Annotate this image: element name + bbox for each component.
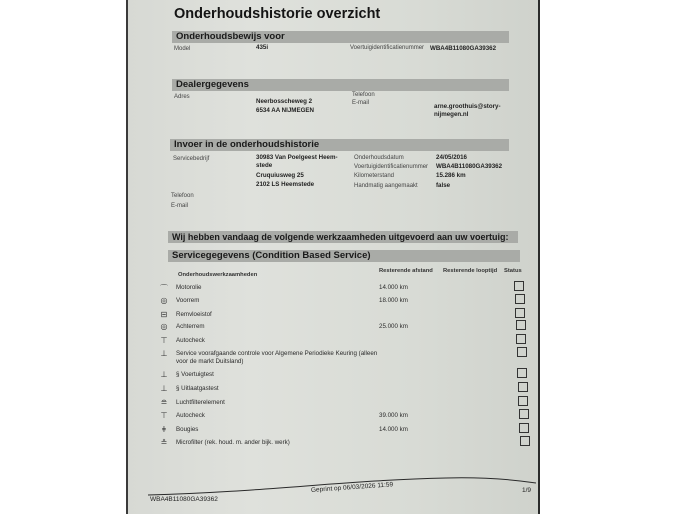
status-checkbox[interactable] [520,436,530,446]
section-heading-work: Wij hebben vandaag de volgende werkzaamh… [168,231,518,243]
vehicle-check-icon: ⊤ [158,411,170,420]
task-name: § Uitlaatgastest [176,385,416,393]
remaining-distance: 39.000 km [379,412,408,419]
mileage-label: Kilometerstand [354,173,394,179]
status-checkbox[interactable] [517,368,527,378]
remaining-distance: 14.000 km [379,426,408,433]
column-header-status: Status [504,268,522,274]
vin-value: WBA4B11080GA39362 [430,45,496,53]
status-checkbox[interactable] [516,320,526,330]
dealer-email-line1: arne.groothuis@story- [434,103,501,111]
model-value: 435i [256,44,268,52]
vehicle-check-icon: ⊤ [158,336,170,345]
table-row: ⊟Remvloeistof [158,310,538,322]
spark-plug-icon: ǂ [158,425,170,434]
manual-created-label: Handmatig aangemaakt [354,183,418,189]
table-row: ◎Voorrem18.000 km [158,296,538,308]
table-row: ≘Luchtfilterelement [158,398,538,410]
entry-vin-label: Voertuigidentificatienummer [354,164,428,170]
status-checkbox[interactable] [515,308,525,318]
column-header-task: Onderhoudswerkzaamheden [178,272,257,278]
engine-oil-icon: ⌒ [158,283,170,294]
rear-brake-icon: ◎ [158,322,170,331]
remaining-distance: 25.000 km [379,323,408,330]
task-name: Autocheck [176,337,416,345]
remaining-distance: 14.000 km [379,284,408,291]
service-company-line3: Cruquiusweg 25 [256,172,304,180]
status-checkbox[interactable] [516,334,526,344]
status-checkbox[interactable] [517,347,527,357]
footer-page-number: 1/9 [522,487,531,494]
maintenance-date-value: 24/05/2016 [436,154,467,162]
document-page: Onderhoudshistorie overzicht Onderhoudsb… [126,0,540,514]
model-label: Model [174,46,190,52]
service-company-line4: 2102 LS Heemstede [256,181,314,189]
remaining-distance: 18.000 km [379,297,408,304]
footer-vin: WBA4B11080GA39362 [150,496,218,503]
maintenance-date-label: Onderhoudsdatum [354,155,404,161]
service-company-line2: stede [256,162,272,170]
vin-label: Voertuigidentificatienummer [350,45,424,51]
table-row: ǂBougies14.000 km [158,425,538,437]
manual-created-value: false [436,182,450,190]
task-name: Luchtfilterelement [176,399,416,407]
dealer-email-line2: nijmegen.nl [434,111,468,119]
dealer-address-line1: Neerbosscheweg 2 [256,98,312,106]
dealer-phone-label: Telefoon [352,92,375,98]
entry-vin-value: WBA4B11080GA39362 [436,163,502,171]
table-row: ⊤Autocheck39.000 km [158,411,538,423]
section-heading-entry: Invoer in de onderhoudshistorie [170,139,509,151]
dealer-address-label: Adres [174,94,190,100]
mileage-value: 15.286 km [436,172,466,180]
entry-phone-label: Telefoon [171,193,194,199]
page-title: Onderhoudshistorie overzicht [174,6,380,22]
service-company-line1: 30983 Van Poelgeest Heem- [256,154,338,162]
section-heading-proof: Onderhoudsbewijs voor [172,31,509,43]
table-row: ⊥Service voorafgaande controle voor Alge… [158,349,538,361]
microfilter-icon: ≗ [158,438,170,447]
table-row: ⌒Motorolie14.000 km [158,283,538,295]
inspection-icon: ⊥ [158,349,170,358]
section-heading-cbs: Servicegegevens (Condition Based Service… [168,250,520,262]
brake-fluid-icon: ⊟ [158,310,170,319]
vehicle-test-icon: ⊥ [158,370,170,379]
dealer-email-label: E-mail [352,100,369,106]
table-row: ⊤Autocheck [158,336,538,348]
status-checkbox[interactable] [518,396,528,406]
air-filter-icon: ≘ [158,398,170,407]
service-company-label: Servicebedrijf [173,156,209,162]
status-checkbox[interactable] [519,423,529,433]
entry-email-label: E-mail [171,203,188,209]
task-name: § Voertuigtest [176,371,416,379]
front-brake-icon: ◎ [158,296,170,305]
table-row: ≗Microfilter (rek. houd. m. ander bijk. … [158,438,538,450]
column-header-remaining-time: Resterende looptijd [443,268,497,274]
table-row: ◎Achterrem25.000 km [158,322,538,334]
status-checkbox[interactable] [514,281,524,291]
table-row: ⊥§ Uitlaatgastest [158,384,538,396]
table-row: ⊥§ Voertuigtest [158,370,538,382]
exhaust-test-icon: ⊥ [158,384,170,393]
task-name: Microfilter (rek. houd. m. ander bijk. w… [176,439,416,447]
task-name: Remvloeistof [176,311,416,319]
status-checkbox[interactable] [519,409,529,419]
dealer-address-line2: 6534 AA NIJMEGEN [256,107,314,115]
status-checkbox[interactable] [518,382,528,392]
status-checkbox[interactable] [515,294,525,304]
column-header-remaining-distance: Resterende afstand [379,268,433,274]
task-name: Service voorafgaande controle voor Algem… [176,350,386,365]
section-heading-dealer: Dealergegevens [172,79,509,91]
